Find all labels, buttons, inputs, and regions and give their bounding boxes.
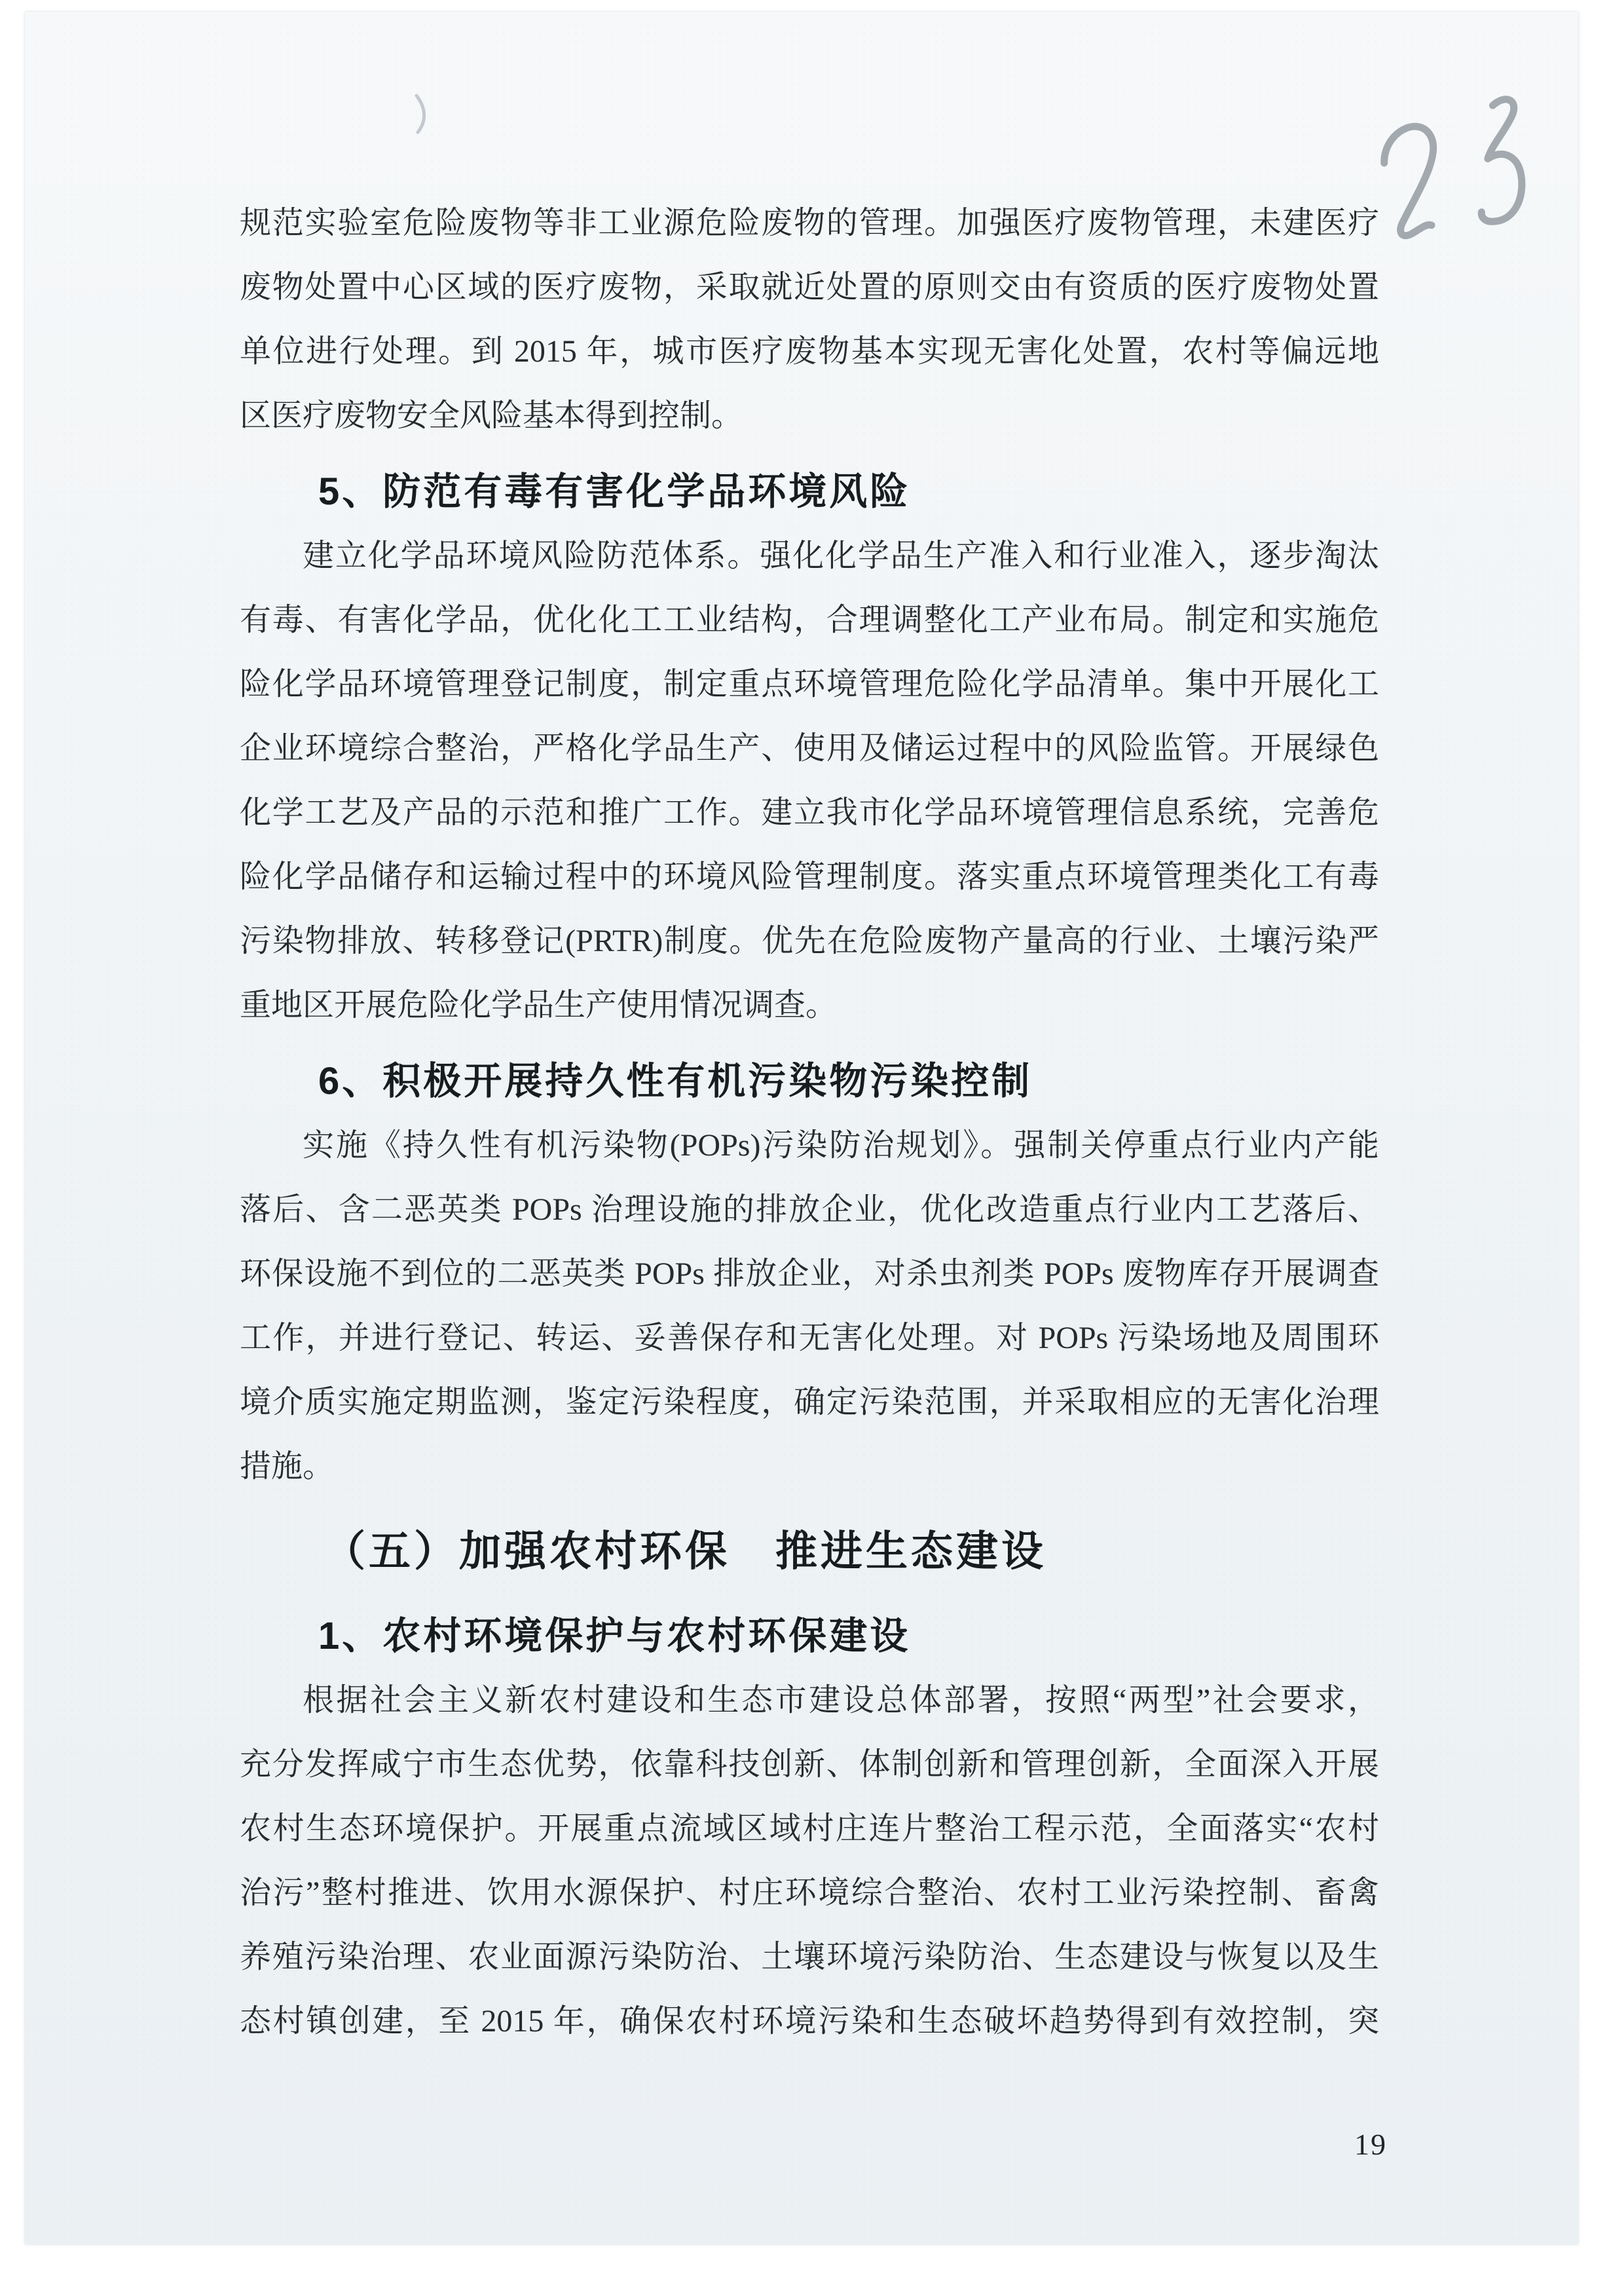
section-heading: 5、防范有毒有害化学品环境风险 [240, 460, 1379, 524]
text-line: 单位进行处理。到 2015 年，城市医疗废物基本实现无害化处置，农村等偏远地 [240, 320, 1379, 384]
section-heading: 1、农村环境保护与农村环保建设 [240, 1604, 1379, 1668]
text-line: 建立化学品环境风险防范体系。强化化学品生产准入和行业准入，逐步淘汰 [240, 524, 1379, 588]
text-line: 规范实验室危险废物等非工业源危险废物的管理。加强医疗废物管理，未建医疗 [240, 191, 1379, 255]
text-line: 有毒、有害化学品，优化化工工业结构，合理调整化工产业布局。制定和实施危 [240, 588, 1379, 652]
text-line: 治污”整村推进、饮用水源保护、村庄环境综合整治、农村工业污染控制、畜禽 [240, 1861, 1379, 1925]
section-heading: 6、积极开展持久性有机污染物污染控制 [240, 1049, 1379, 1114]
text-line: 农村生态环境保护。开展重点流域区域村庄连片整治工程示范，全面落实“农村 [240, 1797, 1379, 1861]
section-heading: （五）加强农村环保 推进生态建设 [240, 1515, 1379, 1587]
text-line: 污染物排放、转移登记(PRTR)制度。优先在危险废物产量高的行业、土壤污染严 [240, 909, 1379, 973]
text-line: 环保设施不到位的二恶英类 POPs 排放企业，对杀虫剂类 POPs 废物库存开展… [240, 1242, 1379, 1306]
document-body: 规范实验室危险废物等非工业源危险废物的管理。加强医疗废物管理，未建医疗废物处置中… [240, 191, 1379, 2054]
text-line: 落后、含二恶英类 POPs 治理设施的排放企业，优化改造重点行业内工艺落后、 [240, 1178, 1379, 1242]
text-line: 企业环境综合整治，严格化学品生产、使用及储运过程中的风险监管。开展绿色 [240, 717, 1379, 781]
text-line: 实施《持久性有机污染物(POPs)污染防治规划》。强制关停重点行业内产能 [240, 1114, 1379, 1178]
text-line: 措施。 [240, 1435, 1379, 1499]
text-line: 险化学品储存和运输过程中的环境风险管理制度。落实重点环境管理类化工有毒 [240, 845, 1379, 909]
paragraph: 实施《持久性有机污染物(POPs)污染防治规划》。强制关停重点行业内产能落后、含… [240, 1114, 1379, 1499]
text-line: 废物处置中心区域的医疗废物，采取就近处置的原则交由有资质的医疗废物处置 [240, 255, 1379, 320]
paragraph: 规范实验室危险废物等非工业源危险废物的管理。加强医疗废物管理，未建医疗废物处置中… [240, 191, 1379, 448]
paragraph: 根据社会主义新农村建设和生态市建设总体部署，按照“两型”社会要求，充分发挥咸宁市… [240, 1668, 1379, 2054]
paragraph: 建立化学品环境风险防范体系。强化化学品生产准入和行业准入，逐步淘汰有毒、有害化学… [240, 524, 1379, 1038]
pen-stroke-artifact [405, 89, 444, 141]
text-line: 重地区开展危险化学品生产使用情况调查。 [240, 973, 1379, 1038]
text-line: 境介质实施定期监测，鉴定污染程度，确定污染范围，并采取相应的无害化治理 [240, 1370, 1379, 1435]
scan-background: 规范实验室危险废物等非工业源危险废物的管理。加强医疗废物管理，未建医疗废物处置中… [0, 0, 1611, 2296]
text-line: 化学工艺及产品的示范和推广工作。建立我市化学品环境管理信息系统，完善危 [240, 781, 1379, 845]
text-line: 工作，并进行登记、转运、妥善保存和无害化处理。对 POPs 污染场地及周围环 [240, 1306, 1379, 1370]
document-page: 规范实验室危险废物等非工业源危险废物的管理。加强医疗废物管理，未建医疗废物处置中… [25, 12, 1578, 2244]
page-number: 19 [1325, 2126, 1417, 2163]
text-line: 根据社会主义新农村建设和生态市建设总体部署，按照“两型”社会要求， [240, 1668, 1379, 1733]
text-line: 态村镇创建，至 2015 年，确保农村环境污染和生态破坏趋势得到有效控制，突 [240, 1989, 1379, 2054]
text-line: 养殖污染治理、农业面源污染防治、土壤环境污染防治、生态建设与恢复以及生 [240, 1925, 1379, 1989]
text-line: 险化学品环境管理登记制度，制定重点环境管理危险化学品清单。集中开展化工 [240, 652, 1379, 717]
text-line: 区医疗废物安全风险基本得到控制。 [240, 384, 1379, 448]
text-line: 充分发挥咸宁市生态优势，依靠科技创新、体制创新和管理创新，全面深入开展 [240, 1733, 1379, 1797]
